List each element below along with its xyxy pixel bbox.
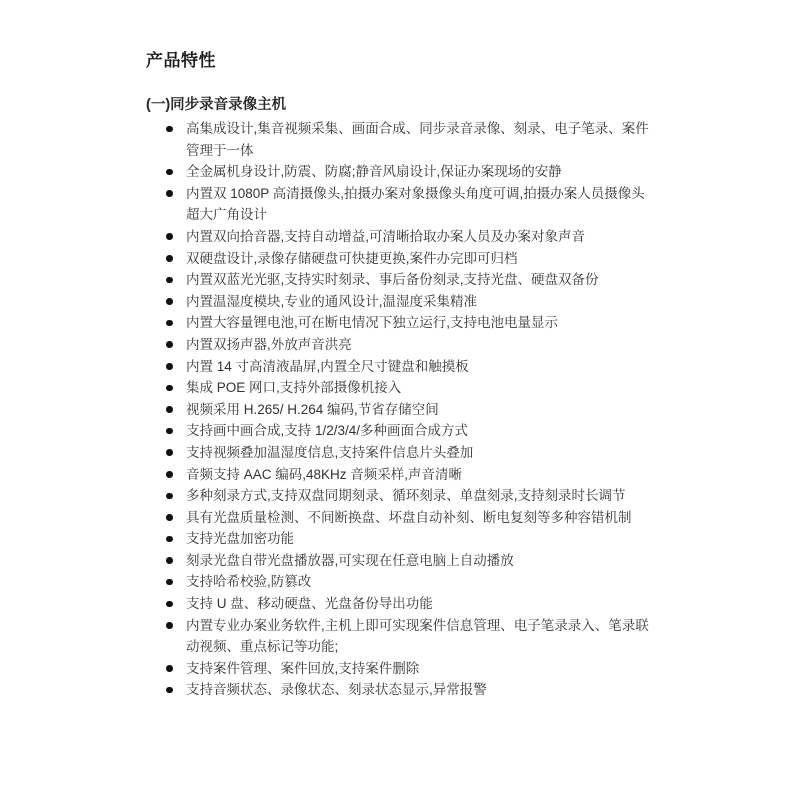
list-item-text: 支持 U 盘、移动硬盘、光盘备份导出功能 <box>186 593 656 615</box>
page-title: 产品特性 <box>146 46 670 71</box>
list-item-text: 集成 POE 网口,支持外部摄像机接入 <box>186 377 656 399</box>
bullet-icon <box>166 471 173 478</box>
list-item-text: 内置双 1080P 高清摄像头,拍摄办案对象摄像头角度可调,拍摄办案人员摄像头超… <box>186 183 656 226</box>
list-item-text: 双硬盘设计,录像存储硬盘可快捷更换,案件办完即可归档 <box>186 248 656 270</box>
list-item-text: 内置 14 寸高清液晶屏,内置全尺寸键盘和触摸板 <box>186 356 656 378</box>
list-item: 支持 U 盘、移动硬盘、光盘备份导出功能 <box>166 593 656 615</box>
list-item-text: 音频支持 AAC 编码,48KHz 音频采样,声音清晰 <box>186 464 656 486</box>
bullet-icon <box>166 406 173 413</box>
list-item: 支持哈希校验,防篡改 <box>166 571 656 593</box>
bullet-icon <box>166 536 173 543</box>
list-item-text: 支持视频叠加温湿度信息,支持案件信息片头叠加 <box>186 442 656 464</box>
list-item-text: 支持哈希校验,防篡改 <box>186 571 656 593</box>
list-item-text: 内置双向拾音器,支持自动增益,可清晰拾取办案人员及办案对象声音 <box>186 226 656 248</box>
bullet-icon <box>166 190 173 197</box>
bullet-icon <box>166 255 173 262</box>
bullet-icon <box>166 341 173 348</box>
bullet-icon <box>166 665 173 672</box>
list-item: 支持画中画合成,支持 1/2/3/4/多种画面合成方式 <box>166 420 656 442</box>
list-item-text: 高集成设计,集音视频采集、画面合成、同步录音录像、刻录、电子笔录、案件管理于一体 <box>186 118 656 161</box>
bullet-icon <box>166 363 173 370</box>
bullet-icon <box>166 601 173 608</box>
list-item: 支持案件管理、案件回放,支持案件删除 <box>166 658 656 680</box>
list-item: 内置双 1080P 高清摄像头,拍摄办案对象摄像头角度可调,拍摄办案人员摄像头超… <box>166 183 656 226</box>
list-item: 具有光盘质量检测、不间断换盘、坏盘自动补刻、断电复刻等多种容错机制 <box>166 507 656 529</box>
list-item-text: 内置大容量锂电池,可在断电情况下独立运行,支持电池电量显示 <box>186 312 656 334</box>
bullet-icon <box>166 579 173 586</box>
bullet-icon <box>166 298 173 305</box>
list-item: 全金属机身设计,防震、防腐;静音风扇设计,保证办案现场的安静 <box>166 161 656 183</box>
bullet-icon <box>166 449 173 456</box>
list-item: 支持音频状态、录像状态、刻录状态显示,异常报警 <box>166 679 656 701</box>
bullet-icon <box>166 385 173 392</box>
list-item-text: 视频采用 H.265/ H.264 编码,节省存储空间 <box>186 399 656 421</box>
list-item: 内置 14 寸高清液晶屏,内置全尺寸键盘和触摸板 <box>166 356 656 378</box>
list-item: 视频采用 H.265/ H.264 编码,节省存储空间 <box>166 399 656 421</box>
bullet-icon <box>166 493 173 500</box>
list-item: 高集成设计,集音视频采集、画面合成、同步录音录像、刻录、电子笔录、案件管理于一体 <box>166 118 656 161</box>
bullet-icon <box>166 687 173 694</box>
list-item-text: 支持光盘加密功能 <box>186 528 656 550</box>
list-item: 内置专业办案业务软件,主机上即可实现案件信息管理、电子笔录录入、笔录联动视频、重… <box>166 615 656 658</box>
list-item: 内置大容量锂电池,可在断电情况下独立运行,支持电池电量显示 <box>166 312 656 334</box>
list-item: 刻录光盘自带光盘播放器,可实现在任意电脑上自动播放 <box>166 550 656 572</box>
document-page: 产品特性 (一)同步录音录像主机 高集成设计,集音视频采集、画面合成、同步录音录… <box>0 0 800 800</box>
bullet-icon <box>166 169 173 176</box>
list-item: 集成 POE 网口,支持外部摄像机接入 <box>166 377 656 399</box>
bullet-icon <box>166 233 173 240</box>
list-item-text: 具有光盘质量检测、不间断换盘、坏盘自动补刻、断电复刻等多种容错机制 <box>186 507 656 529</box>
bullet-icon <box>166 514 173 521</box>
list-item-text: 刻录光盘自带光盘播放器,可实现在任意电脑上自动播放 <box>186 550 656 572</box>
list-item: 内置双扬声器,外放声音洪亮 <box>166 334 656 356</box>
section-heading: (一)同步录音录像主机 <box>146 93 670 114</box>
list-item-text: 内置双扬声器,外放声音洪亮 <box>186 334 656 356</box>
list-item: 双硬盘设计,录像存储硬盘可快捷更换,案件办完即可归档 <box>166 248 656 270</box>
list-item: 支持视频叠加温湿度信息,支持案件信息片头叠加 <box>166 442 656 464</box>
list-item-text: 内置专业办案业务软件,主机上即可实现案件信息管理、电子笔录录入、笔录联动视频、重… <box>186 615 656 658</box>
bullet-icon <box>166 320 173 327</box>
list-item-text: 内置双蓝光光驱,支持实时刻录、事后备份刻录,支持光盘、硬盘双备份 <box>186 269 656 291</box>
list-item-text: 支持音频状态、录像状态、刻录状态显示,异常报警 <box>186 679 656 701</box>
list-item: 支持光盘加密功能 <box>166 528 656 550</box>
list-item-text: 内置温湿度模块,专业的通风设计,温湿度采集精准 <box>186 291 656 313</box>
list-item: 多种刻录方式,支持双盘同期刻录、循环刻录、单盘刻录,支持刻录时长调节 <box>166 485 656 507</box>
bullet-icon <box>166 557 173 564</box>
list-item: 内置双向拾音器,支持自动增益,可清晰拾取办案人员及办案对象声音 <box>166 226 656 248</box>
list-item-text: 支持画中画合成,支持 1/2/3/4/多种画面合成方式 <box>186 420 656 442</box>
bullet-icon <box>166 428 173 435</box>
list-item-text: 多种刻录方式,支持双盘同期刻录、循环刻录、单盘刻录,支持刻录时长调节 <box>186 485 656 507</box>
bullet-icon <box>166 277 173 284</box>
feature-list: 高集成设计,集音视频采集、画面合成、同步录音录像、刻录、电子笔录、案件管理于一体… <box>146 118 656 701</box>
list-item: 内置温湿度模块,专业的通风设计,温湿度采集精准 <box>166 291 656 313</box>
list-item-text: 支持案件管理、案件回放,支持案件删除 <box>186 658 656 680</box>
list-item-text: 全金属机身设计,防震、防腐;静音风扇设计,保证办案现场的安静 <box>186 161 656 183</box>
list-item: 内置双蓝光光驱,支持实时刻录、事后备份刻录,支持光盘、硬盘双备份 <box>166 269 656 291</box>
bullet-icon <box>166 622 173 629</box>
list-item: 音频支持 AAC 编码,48KHz 音频采样,声音清晰 <box>166 464 656 486</box>
bullet-icon <box>166 126 173 133</box>
